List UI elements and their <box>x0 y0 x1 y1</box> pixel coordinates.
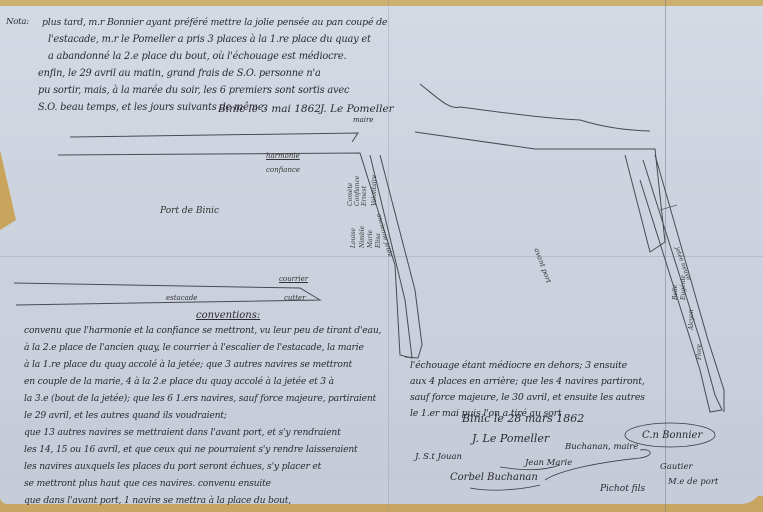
signature-flourishes <box>0 0 763 512</box>
